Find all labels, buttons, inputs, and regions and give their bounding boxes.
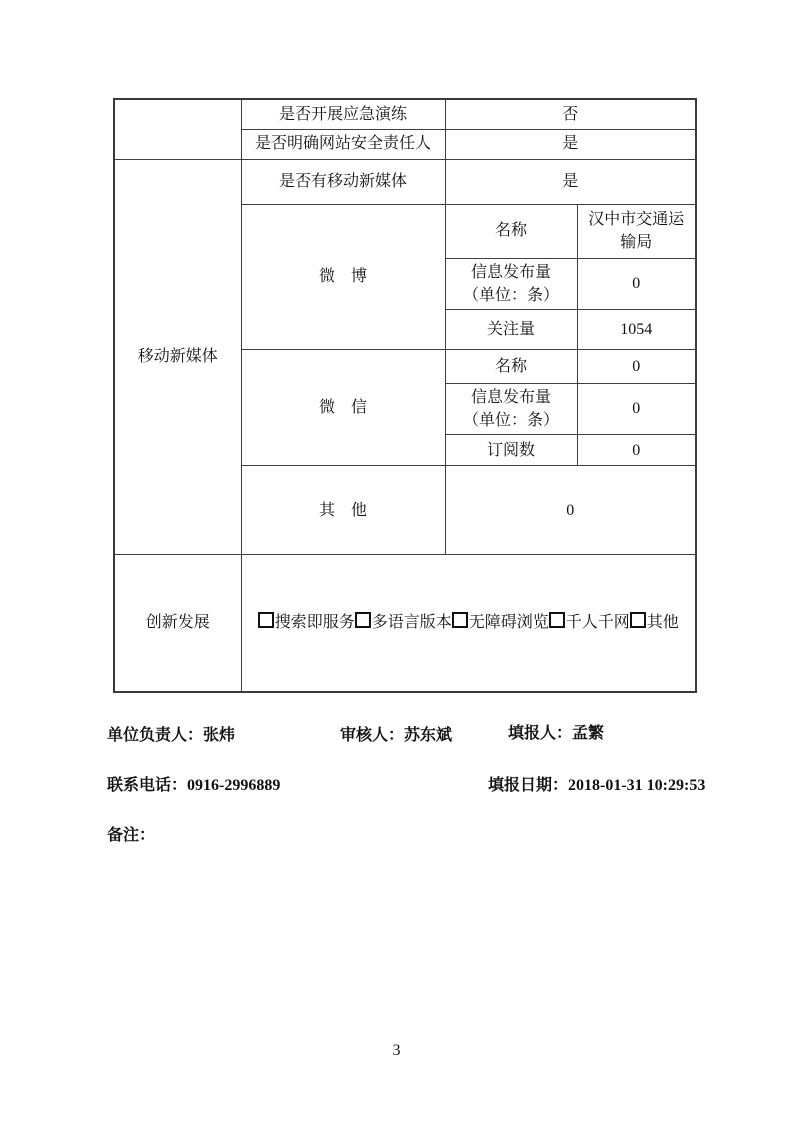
option-label: 其他 — [647, 614, 679, 631]
label-wechat-posts: 信息发布量 （单位：条） — [445, 383, 577, 434]
label-weibo: 微 博 — [241, 204, 445, 349]
label-security-responsible: 是否明确网站安全责任人 — [241, 129, 445, 159]
category-mobile-media: 移动新媒体 — [114, 159, 241, 555]
filler-field: 填报人：孟繁 — [508, 720, 604, 743]
value-wechat-subscribers: 0 — [577, 435, 696, 466]
innovation-options: 搜索即服务多语言版本无障碍浏览千人千网其他 — [248, 611, 690, 634]
value-wechat-name: 0 — [577, 349, 696, 383]
checkbox-icon — [452, 612, 468, 628]
label-other-media: 其 他 — [241, 466, 445, 555]
label-wechat-name: 名称 — [445, 349, 577, 383]
checkbox-icon — [549, 612, 565, 628]
innovation-options-cell: 搜索即服务多语言版本无障碍浏览千人千网其他 — [241, 555, 696, 692]
category-innovation: 创新发展 — [114, 555, 241, 692]
value-weibo-followers: 1054 — [577, 309, 696, 349]
option-label: 无障碍浏览 — [469, 614, 549, 631]
label-weibo-name: 名称 — [445, 204, 577, 258]
option-other: 其他 — [630, 614, 679, 631]
unit-head-field: 单位负责人：张炜 — [107, 722, 235, 745]
label-wechat: 微 信 — [241, 349, 445, 465]
checkbox-icon — [258, 612, 274, 628]
value-security-responsible: 是 — [445, 129, 696, 159]
option-label: 千人千网 — [566, 614, 630, 631]
option-label: 搜索即服务 — [275, 614, 355, 631]
label-weibo-posts: 信息发布量 （单位：条） — [445, 258, 577, 309]
document-page: 是否开展应急演练 否 是否明确网站安全责任人 是 移动新媒体 是否有移动新媒体 … — [0, 0, 793, 1122]
table-row: 是否开展应急演练 否 — [114, 99, 696, 129]
label-emergency-drill: 是否开展应急演练 — [241, 99, 445, 129]
value-weibo-name: 汉中市交通运 输局 — [577, 204, 696, 258]
option-thousand-sites: 千人千网 — [549, 614, 630, 631]
option-search-service: 搜索即服务 — [258, 614, 355, 631]
value-weibo-posts: 0 — [577, 258, 696, 309]
value-emergency-drill: 否 — [445, 99, 696, 129]
report-date-field: 填报日期：2018-01-31 10:29:53 — [488, 772, 705, 795]
value-wechat-posts: 0 — [577, 383, 696, 434]
label-has-mobile-media: 是否有移动新媒体 — [241, 159, 445, 204]
annual-report-table: 是否开展应急演练 否 是否明确网站安全责任人 是 移动新媒体 是否有移动新媒体 … — [113, 98, 697, 693]
label-weibo-followers: 关注量 — [445, 309, 577, 349]
value-other-media: 0 — [445, 466, 696, 555]
value-has-mobile-media: 是 — [445, 159, 696, 204]
option-label: 多语言版本 — [372, 614, 452, 631]
reviewer-field: 审核人：苏东斌 — [340, 722, 452, 745]
label-wechat-subscribers: 订阅数 — [445, 435, 577, 466]
table-row: 创新发展 搜索即服务多语言版本无障碍浏览千人千网其他 — [114, 555, 696, 692]
category-cell-empty — [114, 99, 241, 159]
checkbox-icon — [355, 612, 371, 628]
remarks-field: 备注： — [107, 822, 155, 845]
table-row: 移动新媒体 是否有移动新媒体 是 — [114, 159, 696, 204]
option-multilingual: 多语言版本 — [355, 614, 452, 631]
contact-phone-field: 联系电话：0916-2996889 — [107, 772, 280, 795]
checkbox-icon — [630, 612, 646, 628]
option-accessibility: 无障碍浏览 — [452, 614, 549, 631]
page-number: 3 — [0, 1042, 793, 1060]
